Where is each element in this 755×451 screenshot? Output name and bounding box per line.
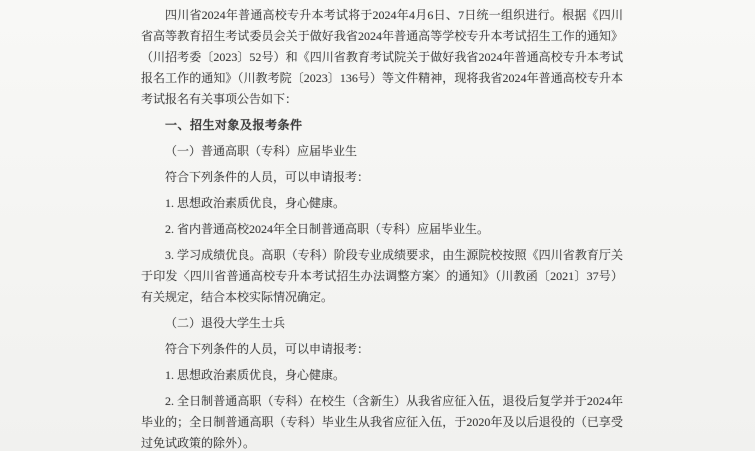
section-heading-recruitment-conditions: 一、招生对象及报考条件 <box>141 115 623 136</box>
document-page: 四川省2024年普通高校专升本考试将于2024年4月6日、7日统一组织进行。根据… <box>141 5 623 451</box>
subheading-veteran-student-soldiers: （二）退役大学生士兵 <box>141 313 623 334</box>
list-item-1-2: 2. 省内普通高校2024年全日制普通高职（专科）应届毕业生。 <box>141 219 623 240</box>
list-item-1-3: 3. 学习成绩优良。高职（专科）阶段专业成绩要求，由生源院校按照《四川省教育厅关… <box>141 245 623 308</box>
list-item-1-1: 1. 思想政治素质优良，身心健康。 <box>141 193 623 214</box>
para-eligibility-intro-1: 符合下列条件的人员，可以申请报考： <box>141 167 623 188</box>
subheading-regular-vocational-graduates: （一）普通高职（专科）应届毕业生 <box>141 141 623 162</box>
para-eligibility-intro-2: 符合下列条件的人员，可以申请报考： <box>141 339 623 360</box>
list-item-2-2: 2. 全日制普通高职（专科）在校生（含新生）从我省应征入伍，退役后复学并于202… <box>141 391 623 451</box>
para-intro: 四川省2024年普通高校专升本考试将于2024年4月6日、7日统一组织进行。根据… <box>141 5 623 110</box>
list-item-2-1: 1. 思想政治素质优良，身心健康。 <box>141 365 623 386</box>
